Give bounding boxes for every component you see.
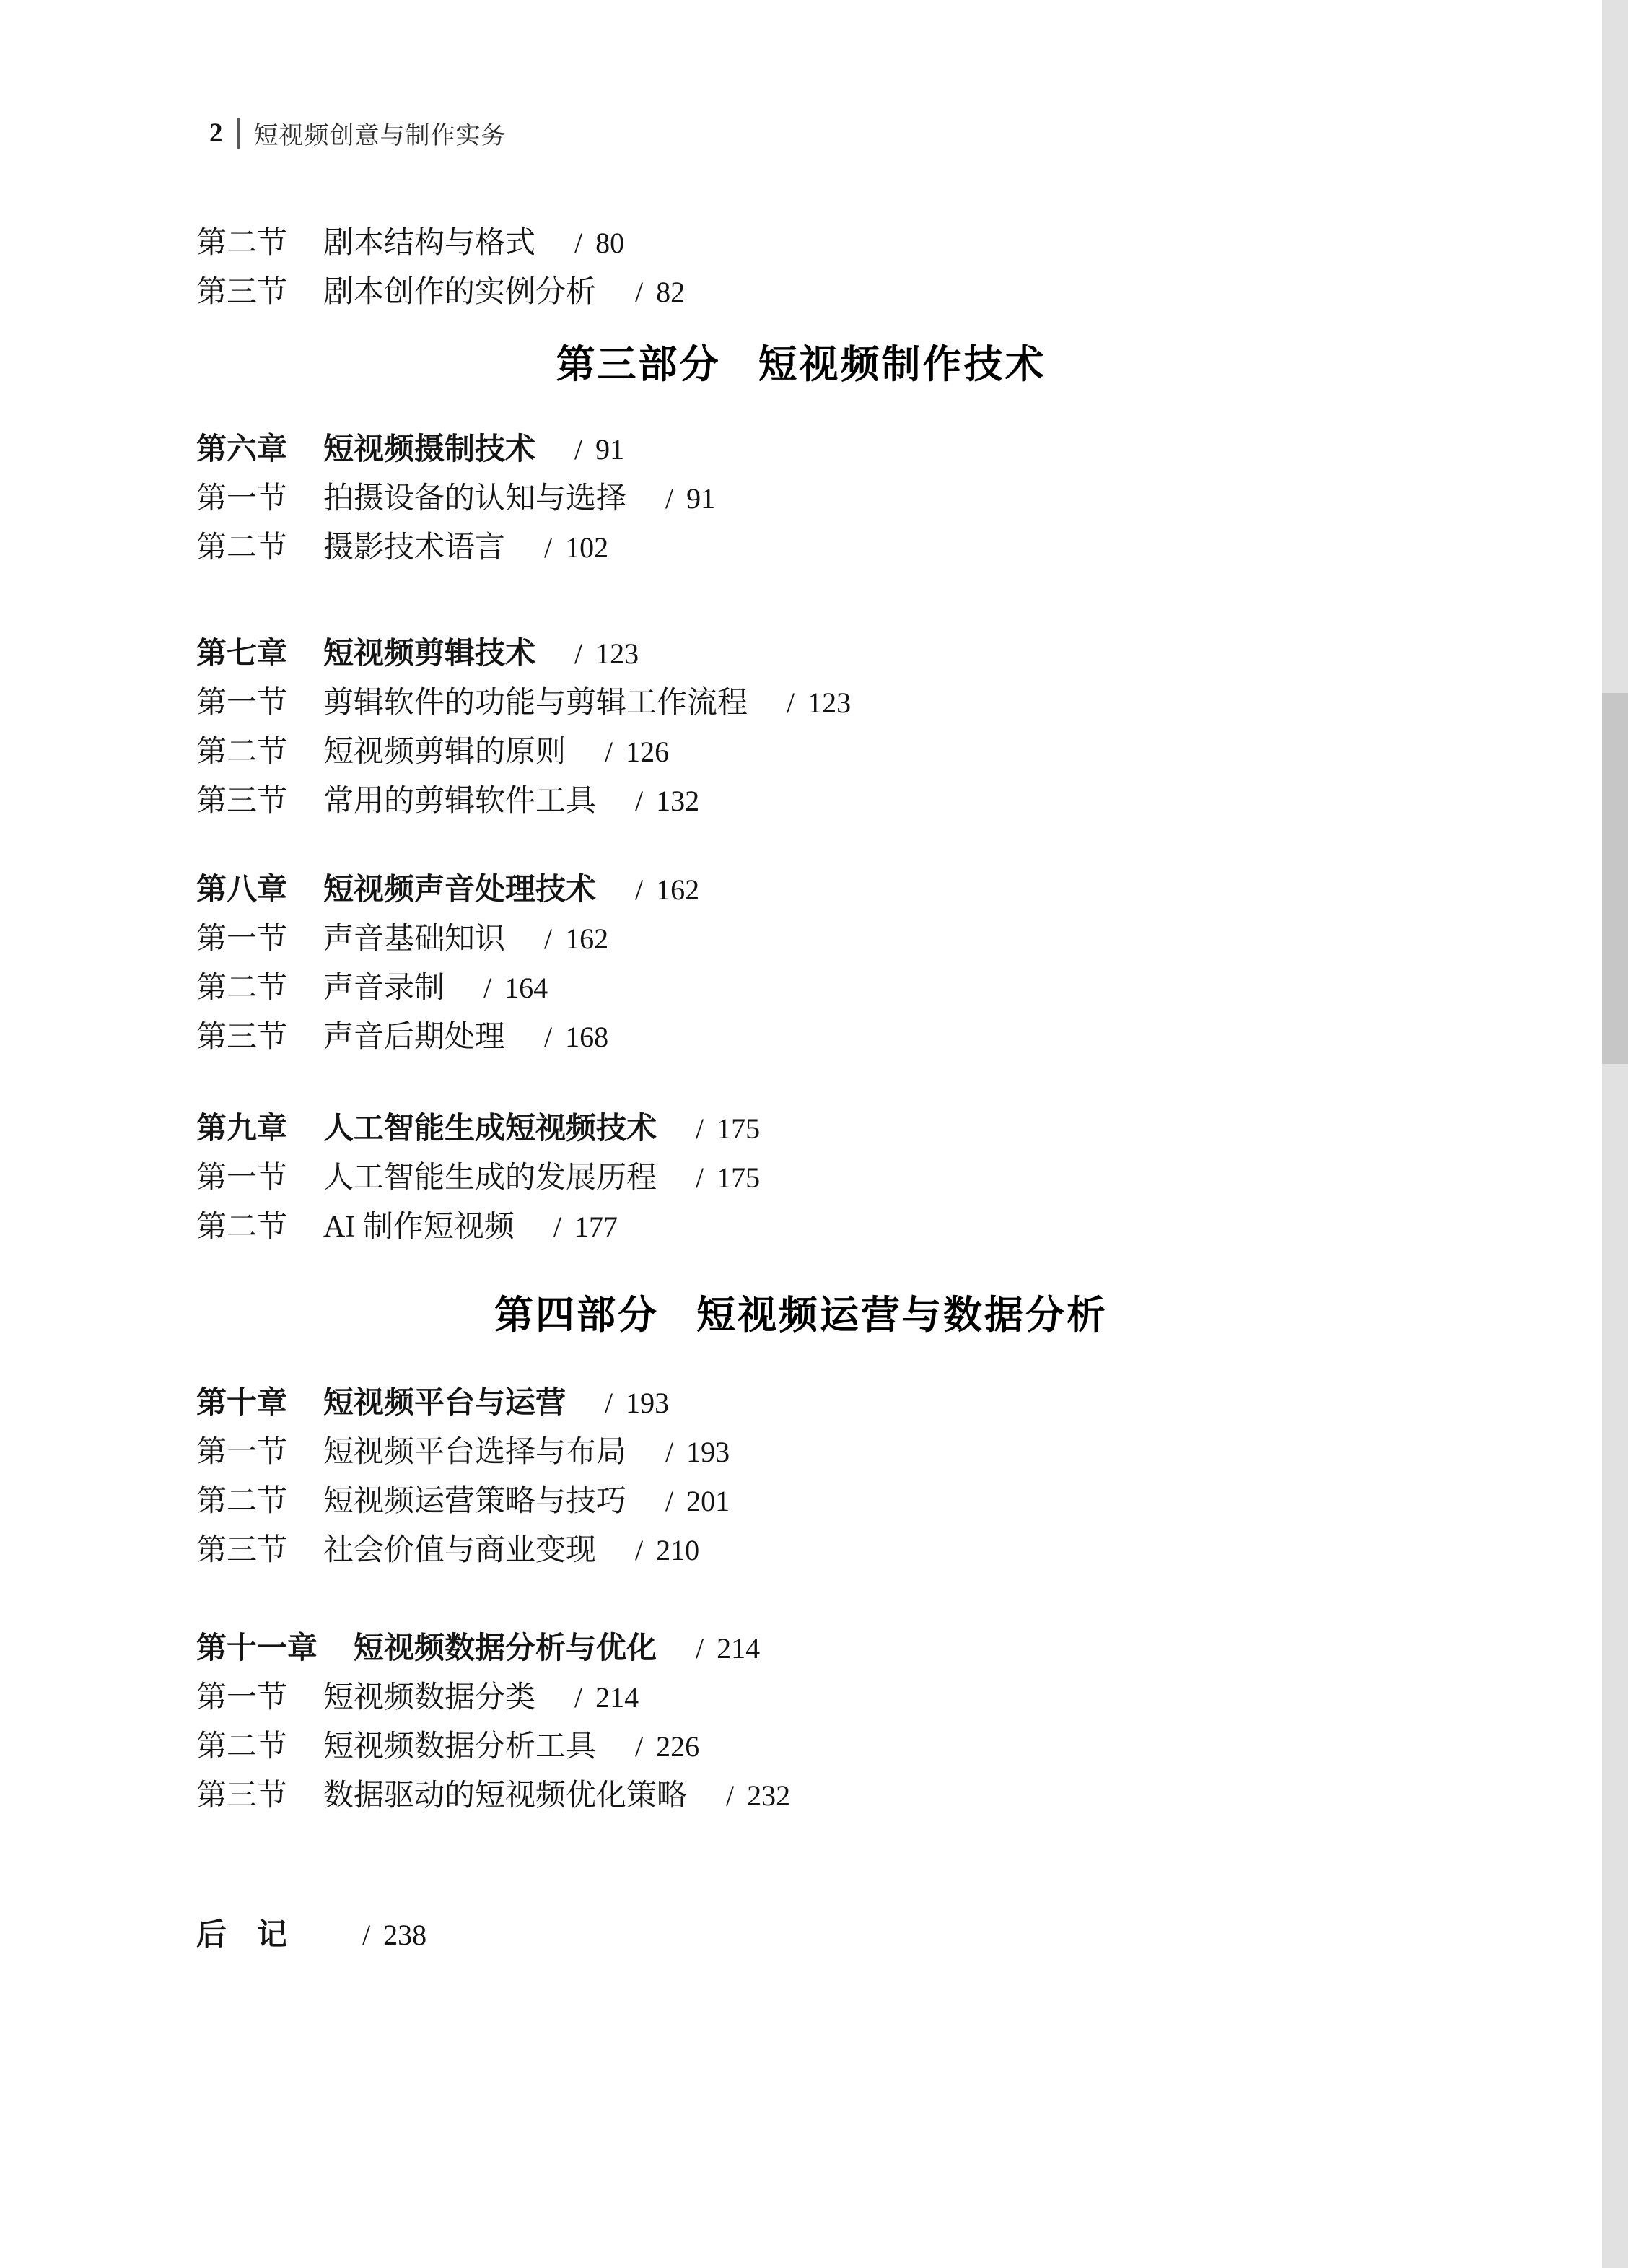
section-title: 剧本结构与格式 [323, 227, 535, 260]
page-number: 168 [565, 1021, 608, 1053]
section-label: 第二节 [196, 227, 287, 260]
page-separator: / [635, 873, 643, 906]
section-title: 数据驱动的短视频优化策略 [323, 1779, 687, 1813]
page-separator: / [574, 433, 582, 466]
section-label: 第二节 [196, 1485, 287, 1518]
section-label: 第一节 [196, 686, 287, 720]
toc-section-row: 第一节人工智能生成的发展历程/175 [196, 1153, 760, 1203]
page-separator: / [544, 1021, 552, 1053]
toc-chapter-block: 第六章短视频摄制技术/91 第一节拍摄设备的认知与选择/91 第二节摄影技术语言… [196, 424, 715, 572]
section-label: 第一节 [196, 1436, 287, 1469]
page-separator: / [787, 686, 795, 719]
chapter-label: 第十一章 [196, 1631, 318, 1665]
toc-section-row: 第一节短视频平台选择与布局/193 [196, 1428, 730, 1477]
section-title: 社会价值与商业变现 [323, 1534, 596, 1567]
chapter-label: 第六章 [196, 432, 287, 466]
page-separator: / [665, 1485, 673, 1517]
page-separator: / [696, 1632, 704, 1665]
part-heading-3: 第三部分短视频制作技术 [0, 339, 1602, 391]
toc-chapter-block: 第八章短视频声音处理技术/162 第一节声音基础知识/162 第二节声音录制/1… [196, 865, 699, 1062]
page-number: 126 [626, 736, 669, 768]
page-separator: / [665, 482, 673, 515]
page-number: 82 [656, 276, 685, 308]
toc-chapter-row: 第十一章短视频数据分析与优化/214 [196, 1623, 790, 1673]
toc-backmatter-row: 后 记/238 [196, 1910, 426, 1960]
page-number: 175 [717, 1112, 760, 1145]
section-label: 第一节 [196, 1681, 287, 1714]
part-heading-4: 第四部分短视频运营与数据分析 [0, 1289, 1602, 1341]
page-separator: / [696, 1112, 704, 1145]
part-title: 短视频运营与数据分析 [696, 1294, 1108, 1337]
page-separator: / [574, 227, 582, 259]
section-title: AI 制作短视频 [323, 1211, 515, 1244]
section-title: 声音基础知识 [323, 923, 505, 956]
page-number: 201 [686, 1485, 730, 1517]
page-number: 238 [383, 1919, 426, 1951]
toc-section-row: 第一节剪辑软件的功能与剪辑工作流程/123 [196, 679, 851, 728]
section-label: 第三节 [196, 1021, 287, 1054]
toc-chapter-row: 第六章短视频摄制技术/91 [196, 424, 715, 474]
chapter-label: 第七章 [196, 636, 287, 670]
scrollbar-thumb[interactable] [1602, 693, 1628, 1064]
toc-chapter-block: 第七章短视频剪辑技术/123 第一节剪辑软件的功能与剪辑工作流程/123 第二节… [196, 629, 851, 826]
section-title: 声音后期处理 [323, 1021, 505, 1054]
page-separator: / [605, 736, 613, 768]
toc-section-row: 第二节剧本结构与格式/80 [196, 219, 685, 268]
section-label: 第三节 [196, 785, 287, 818]
section-label: 第三节 [196, 276, 287, 309]
section-title: 剪辑软件的功能与剪辑工作流程 [323, 686, 748, 720]
toc-section-row: 第三节常用的剪辑软件工具/132 [196, 777, 851, 826]
section-label: 第二节 [196, 972, 287, 1005]
section-label: 第二节 [196, 736, 287, 769]
header-book-title: 短视频创意与制作实务 [254, 115, 507, 151]
page-number: 193 [626, 1387, 669, 1419]
chapter-title: 短视频摄制技术 [323, 432, 535, 466]
chapter-title: 人工智能生成短视频技术 [323, 1111, 657, 1145]
page-number: 226 [656, 1730, 699, 1763]
section-title: 剧本创作的实例分析 [323, 276, 596, 309]
header-divider [237, 118, 240, 149]
section-label: 第二节 [196, 531, 287, 564]
page-number: 232 [747, 1779, 790, 1812]
page-separator: / [605, 1387, 613, 1419]
section-title: 短视频剪辑的原则 [323, 736, 566, 769]
section-title: 常用的剪辑软件工具 [323, 785, 596, 818]
page-number: 214 [595, 1681, 639, 1714]
chapter-title: 短视频声音处理技术 [323, 872, 596, 906]
toc-section-row: 第二节摄影技术语言/102 [196, 523, 715, 572]
toc-chapter-block: 第十章短视频平台与运营/193 第一节短视频平台选择与布局/193 第二节短视频… [196, 1378, 730, 1575]
page-number: 164 [504, 972, 548, 1004]
section-label: 第二节 [196, 1730, 287, 1763]
page-separator: / [696, 1161, 704, 1194]
page-separator: / [574, 1681, 582, 1714]
page-separator: / [665, 1436, 673, 1468]
chapter-label: 第十章 [196, 1385, 287, 1419]
section-label: 第一节 [196, 482, 287, 515]
section-label: 第三节 [196, 1779, 287, 1813]
section-title: 摄影技术语言 [323, 531, 505, 564]
section-label: 第一节 [196, 1161, 287, 1195]
page-number: 123 [808, 686, 851, 719]
section-title: 声音录制 [323, 972, 445, 1005]
page-number: 123 [595, 637, 639, 670]
toc-section-row: 第二节短视频运营策略与技巧/201 [196, 1477, 730, 1526]
toc-section-row: 第三节社会价值与商业变现/210 [196, 1526, 730, 1575]
toc-chapter-row: 第八章短视频声音处理技术/162 [196, 865, 699, 915]
toc-section-row: 第三节声音后期处理/168 [196, 1013, 699, 1062]
page-number: 91 [686, 482, 715, 515]
page-separator: / [544, 531, 552, 564]
afterword-label: 后 记 [196, 1917, 287, 1951]
chapter-title: 短视频平台与运营 [323, 1385, 566, 1419]
toc-section-row: 第一节短视频数据分类/214 [196, 1673, 790, 1722]
toc-section-row: 第一节拍摄设备的认知与选择/91 [196, 474, 715, 523]
part-title: 短视频制作技术 [758, 343, 1046, 386]
section-title: 短视频平台选择与布局 [323, 1436, 626, 1469]
page-separator: / [635, 276, 643, 308]
page-number: 91 [595, 433, 624, 466]
toc-section-row: 第二节声音录制/164 [196, 964, 699, 1013]
section-label: 第二节 [196, 1211, 287, 1244]
toc-section-row: 第三节剧本创作的实例分析/82 [196, 268, 685, 317]
page-separator: / [726, 1779, 734, 1812]
page-number: 80 [595, 227, 624, 259]
section-label: 第一节 [196, 923, 287, 956]
toc-page: 2 短视频创意与制作实务 第二节剧本结构与格式/80 第三节剧本创作的实例分析/… [0, 0, 1628, 2268]
section-label: 第三节 [196, 1534, 287, 1567]
chapter-label: 第八章 [196, 872, 287, 906]
page-separator: / [635, 1534, 643, 1566]
part-number: 第三部分 [556, 343, 721, 386]
section-title: 短视频运营策略与技巧 [323, 1485, 626, 1518]
page-separator: / [574, 637, 582, 670]
page-number: 210 [656, 1534, 699, 1566]
part-number: 第四部分 [494, 1294, 659, 1337]
page-number: 214 [717, 1632, 760, 1665]
page-separator: / [635, 1730, 643, 1763]
section-title: 拍摄设备的认知与选择 [323, 482, 626, 515]
toc-section-row: 第二节短视频剪辑的原则/126 [196, 728, 851, 777]
page-number: 175 [717, 1161, 760, 1194]
page-number: 132 [656, 785, 699, 817]
toc-intro-block: 第二节剧本结构与格式/80 第三节剧本创作的实例分析/82 [196, 219, 685, 317]
page-separator: / [635, 785, 643, 817]
page-number: 162 [656, 873, 699, 906]
toc-chapter-row: 第九章人工智能生成短视频技术/175 [196, 1104, 760, 1153]
page-separator: / [544, 923, 552, 955]
toc-chapter-block: 第九章人工智能生成短视频技术/175 第一节人工智能生成的发展历程/175 第二… [196, 1104, 760, 1252]
scrollbar-track[interactable] [1602, 0, 1628, 2268]
page-number: 102 [565, 531, 608, 564]
page-separator: / [553, 1211, 561, 1243]
section-title: 短视频数据分析工具 [323, 1730, 596, 1763]
toc-chapter-row: 第十章短视频平台与运营/193 [196, 1378, 730, 1428]
chapter-title: 短视频剪辑技术 [323, 636, 535, 670]
toc-section-row: 第二节短视频数据分析工具/226 [196, 1722, 790, 1771]
page-number: 162 [565, 923, 608, 955]
page-number: 193 [686, 1436, 730, 1468]
page-header: 2 短视频创意与制作实务 [209, 115, 507, 151]
toc-chapter-row: 第七章短视频剪辑技术/123 [196, 629, 851, 679]
toc-section-row: 第一节声音基础知识/162 [196, 915, 699, 964]
toc-section-row: 第二节AI 制作短视频/177 [196, 1203, 760, 1252]
page-separator: / [362, 1919, 370, 1951]
page-separator: / [483, 972, 491, 1004]
chapter-title: 短视频数据分析与优化 [354, 1631, 657, 1665]
section-title: 人工智能生成的发展历程 [323, 1161, 657, 1195]
chapter-label: 第九章 [196, 1111, 287, 1145]
toc-afterword-row: 后 记/238 [196, 1910, 426, 1960]
section-title: 短视频数据分类 [323, 1681, 535, 1714]
toc-chapter-block: 第十一章短视频数据分析与优化/214 第一节短视频数据分类/214 第二节短视频… [196, 1623, 790, 1820]
toc-section-row: 第三节数据驱动的短视频优化策略/232 [196, 1771, 790, 1820]
page-number: 177 [574, 1211, 618, 1243]
header-page-number: 2 [209, 118, 223, 149]
